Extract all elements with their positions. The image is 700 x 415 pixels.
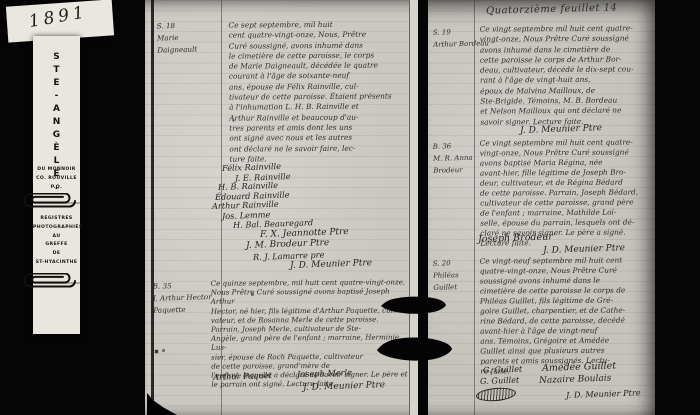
entry-body-s20: Ce vingt-neuf septembre mil huit cent qu… xyxy=(480,255,653,376)
entry-margin-s18: S. 18 Marie Daigneault xyxy=(157,19,198,56)
spine-year-label: 1891 xyxy=(27,2,89,32)
ink-blot xyxy=(381,294,447,316)
register-right-page: Quatorzième feuillet 14 S. 19 Arthur Bor… xyxy=(428,0,655,415)
spine-location-text: DU MONNOIR CO. ROUVILLE P.Q. xyxy=(33,165,80,192)
signature: J. D. Meunier Ptre xyxy=(566,387,641,400)
folio-header: Quatorzième feuillet 14 xyxy=(486,2,618,16)
ink-blot xyxy=(377,335,453,363)
spine-label-strip: STE-ANGÈLE. DU MONNOIR CO. ROUVILLE P.Q.… xyxy=(33,36,80,334)
paperclip-icon xyxy=(21,273,79,289)
binding-edge-line xyxy=(151,0,154,415)
dust-specks xyxy=(0,0,1,1)
signature: Nazaire Boulais xyxy=(539,373,612,386)
signature: J. D. Meunier Ptre xyxy=(303,380,385,393)
signature: G. Guillet xyxy=(483,364,523,375)
margin-rule-line xyxy=(474,0,475,415)
paperclip-icon xyxy=(21,193,79,209)
signature: G. Guillet xyxy=(480,375,520,386)
entry-body-s19: Ce vingt septembre mil huit cent quatre-… xyxy=(480,23,653,127)
entry-margin-b35: B. 35 J. Arthur Hector Paquette xyxy=(153,279,213,317)
signature: Joseph Merle xyxy=(297,367,352,379)
signature: J. D. Meunier Ptre xyxy=(290,258,372,271)
spine-note-text: REGISTRES PHOTOGRAPHIÉS AU GREFFE DE ST-… xyxy=(33,215,80,268)
circled-signature-scribble xyxy=(476,386,517,402)
signature: J. D. Meunier Ptre xyxy=(520,123,602,136)
entry-body-s18: Ce sept septembre, mil huit cent quatre-… xyxy=(228,19,409,164)
signature: J. D. Meunier Ptre xyxy=(543,243,625,256)
entry-body-b36: Ce vingt septembre mil huit cent quatre-… xyxy=(480,137,653,248)
scanned-register-photo: 1891 STE-ANGÈLE. DU MONNOIR CO. ROUVILLE… xyxy=(0,0,700,415)
signature: Arthur Paquet xyxy=(213,370,272,382)
